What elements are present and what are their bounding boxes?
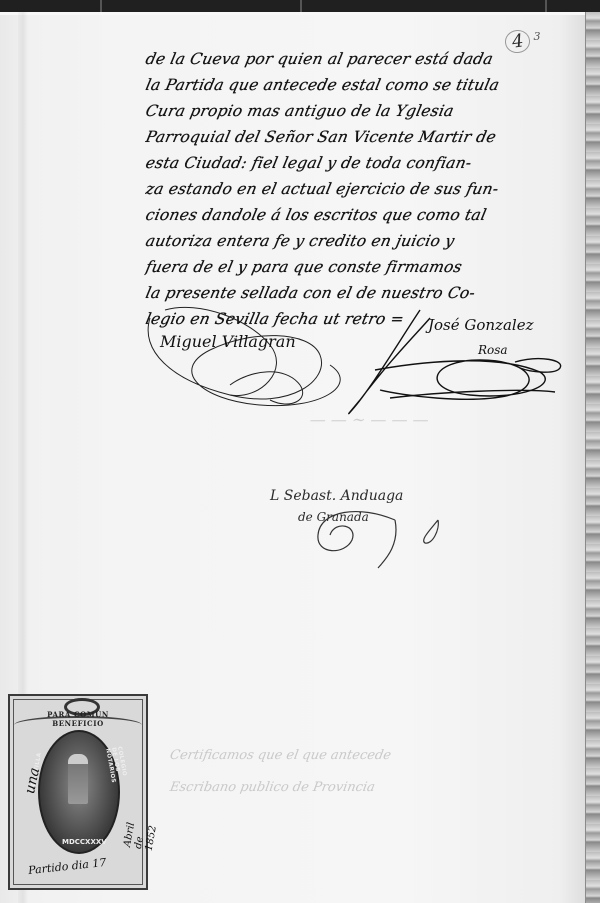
text-line: autoriza entera fe y credito en juicio y bbox=[143, 228, 589, 254]
scan-mark bbox=[545, 0, 547, 12]
text-line: za estando en el actual ejercicio de sus… bbox=[143, 176, 589, 202]
text-line: la presente sellada con el de nuestro Co… bbox=[143, 280, 589, 306]
text-line: Cura propio mas antiguo de la Yglesia bbox=[143, 98, 589, 124]
page-stack-edge bbox=[585, 12, 600, 903]
signature-right: José Gonzalez bbox=[428, 316, 533, 334]
folio-annotation: 3 bbox=[533, 30, 540, 43]
bleedthrough-line: Certificamos que el que antecede bbox=[169, 748, 393, 763]
signature-right-second-line: Rosa bbox=[478, 343, 508, 357]
scan-top-edge bbox=[0, 0, 600, 12]
manuscript-body: de la Cueva por quien al parecer está da… bbox=[146, 46, 586, 332]
faded-text: — — ~ — — — bbox=[308, 410, 431, 429]
text-line: esta Ciudad: fiel legal y de toda confia… bbox=[143, 150, 589, 176]
stamp-handwritten-bottom: Partido dia 17 bbox=[28, 856, 107, 877]
saint-figure-icon bbox=[68, 754, 88, 804]
stamp-handwritten-right: Abril de 1852 bbox=[122, 821, 159, 852]
text-line: fuera de el y para que conste firmamos bbox=[143, 254, 589, 280]
text-line: Parroquial del Señor San Vicente Martir … bbox=[143, 124, 589, 150]
bleedthrough-line: Escribano publico de Provincia bbox=[169, 780, 376, 795]
scan-mark bbox=[100, 0, 102, 12]
signature-left: Miguel Villagran bbox=[160, 332, 296, 351]
signature-middle: L Sebast. Anduaga bbox=[270, 488, 403, 504]
notarial-stamp: PARA COMÚN BENEFICIO DE SEVILLA COLEGIO … bbox=[8, 694, 148, 890]
stamp-motto: PARA COMÚN BENEFICIO bbox=[20, 710, 136, 728]
text-line: de la Cueva por quien al parecer está da… bbox=[143, 46, 589, 72]
signature-middle-second-line: de Granada bbox=[298, 510, 369, 524]
stamp-year: MDCCXXXV bbox=[62, 838, 107, 846]
text-line: la Partida que antecede estal como se ti… bbox=[143, 72, 589, 98]
text-line: ciones dandole á los escritos que como t… bbox=[143, 202, 589, 228]
scan-mark bbox=[300, 0, 302, 12]
